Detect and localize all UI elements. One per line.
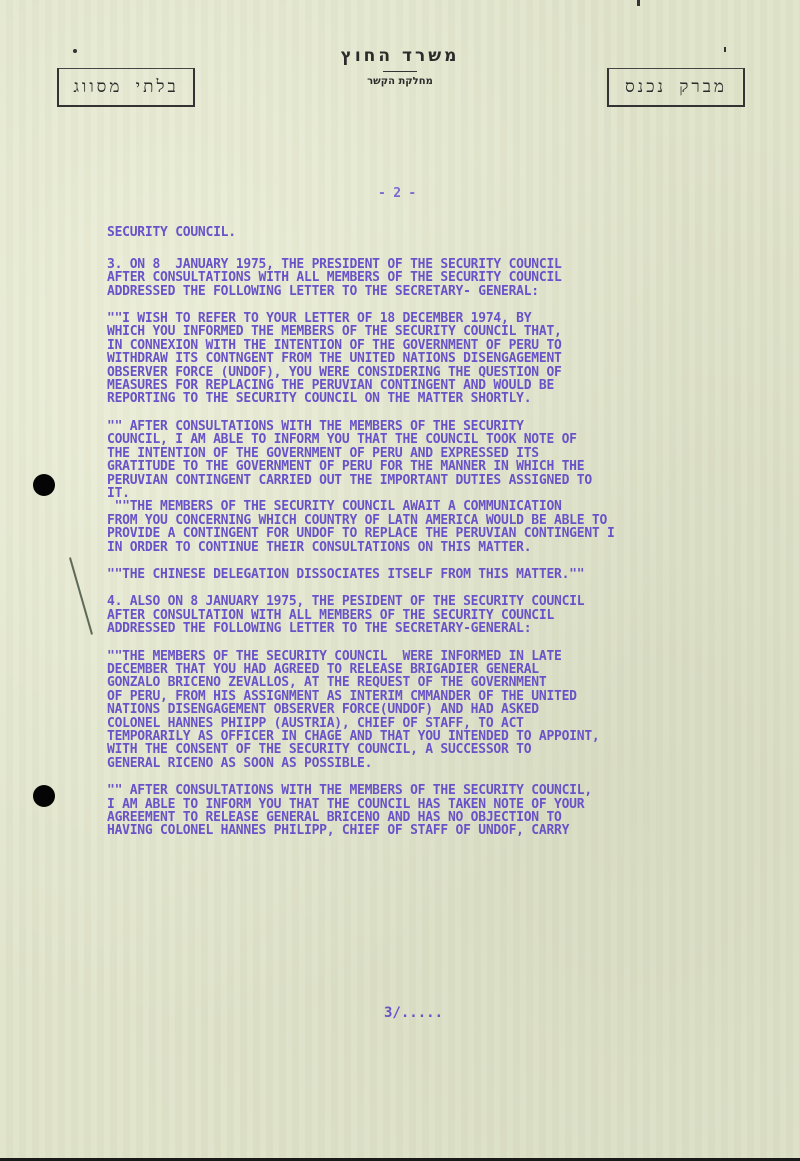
text-line: DECEMBER THAT YOU HAD AGREED TO RELEASE … [107,663,777,676]
punch-hole-top [33,474,55,496]
text-line: "" AFTER CONSULTATIONS WITH THE MEMBERS … [107,420,777,433]
text-line: GRATITUDE TO THE GOVERNMENT OF PERU FOR … [107,460,777,473]
text-line: ""I WISH TO REFER TO YOUR LETTER OF 18 D… [107,312,777,325]
text-line: OBSERVER FORCE (UNDOF), YOU WERE CONSIDE… [107,366,777,379]
text-line: AFTER CONSULTATIONS WITH ALL MEMBERS OF … [107,271,777,284]
text-line: THE INTENTION OF THE GOVERNMENT OF PERU … [107,447,777,460]
text-line: ADDRESSED THE FOLLOWING LETTER TO THE SE… [107,285,777,298]
text-line: COLONEL HANNES PHIIPP (AUSTRIA), CHIEF O… [107,717,777,730]
page-number: - 2 - [107,187,687,200]
classification-label: בלתי מסווג [73,77,178,97]
document-type-label: מברק נכנס [625,77,727,97]
text-line: COUNCIL, I AM ABLE TO INFORM YOU THAT TH… [107,433,777,446]
text-line: ADDRESSED THE FOLLOWING LETTER TO THE SE… [107,622,777,635]
text-line: WITH THE CONSENT OF THE SECURITY COUNCIL… [107,743,777,756]
text-line: AFTER CONSULTATION WITH ALL MEMBERS OF T… [107,609,777,622]
text-line: IT. [107,487,777,500]
text-line: ""THE CHINESE DELEGATION DISSOCIATES ITS… [107,568,777,581]
classification-box: בלתי מסווג [57,68,195,107]
letter-1-paragraph-1: ""I WISH TO REFER TO YOUR LETTER OF 18 D… [107,312,777,406]
text-line: OF PERU, FROM HIS ASSIGNMENT AS INTERIM … [107,690,777,703]
text-line: PROVIDE A CONTINGENT FOR UNDOF TO REPLAC… [107,527,777,540]
letter-2-paragraph-2: "" AFTER CONSULTATIONS WITH THE MEMBERS … [107,784,777,838]
pencil-mark [69,557,93,634]
letter-1-paragraph-3: ""THE MEMBERS OF THE SECURITY COUNCIL AW… [107,500,777,554]
text-line: TEMPORARILY AS OFFICER IN CHAGE AND THAT… [107,730,777,743]
text-line: AGREEMENT TO RELEASE GENERAL BRICENO AND… [107,811,777,824]
text-line: GENERAL RICENO AS SOON AS POSSIBLE. [107,757,777,770]
text-line: REPORTING TO THE SECURITY COUNCIL ON THE… [107,392,777,405]
text-line: ""THE MEMBERS OF THE SECURITY COUNCIL WE… [107,650,777,663]
text-line: 4. ALSO ON 8 JANUARY 1975, THE PESIDENT … [107,595,777,608]
department-name: מחלקת הקשר [300,76,500,87]
text-line: "" AFTER CONSULTATIONS WITH THE MEMBERS … [107,784,777,797]
continuation-marker: 3/..... [384,1005,443,1021]
punch-hole-bottom [33,785,55,807]
text-line: WITHDRAW ITS CONTNGENT FROM THE UNITED N… [107,352,777,365]
telegram-body: - 2 - SECURITY COUNCIL. 3. ON 8 JANUARY … [107,187,777,852]
text-line: MEASURES FOR REPLACING THE PERUVIAN CONT… [107,379,777,392]
ministry-name: משרד החוץ [300,46,500,66]
text-line: HAVING COLONEL HANNES PHILIPP, CHIEF OF … [107,824,777,837]
text-line: PERUVIAN CONTINGENT CARRIED OUT THE IMPO… [107,474,777,487]
letter-1-paragraph-2: "" AFTER CONSULTATIONS WITH THE MEMBERS … [107,420,777,500]
paragraph-4: 4. ALSO ON 8 JANUARY 1975, THE PESIDENT … [107,595,777,635]
paragraph-3: 3. ON 8 JANUARY 1975, THE PRESIDENT OF T… [107,258,777,298]
text-line: GONZALO BRICENO ZEVALLOS, AT THE REQUEST… [107,676,777,689]
letterhead-rule [383,71,417,72]
text-line: FROM YOU CONCERNING WHICH COUNTRY OF LAT… [107,514,777,527]
section-heading: SECURITY COUNCIL. [107,226,777,239]
text-line: IN CONNEXION WITH THE INTENTION OF THE G… [107,339,777,352]
ink-dot-left [73,49,77,53]
letter-2-paragraph-1: ""THE MEMBERS OF THE SECURITY COUNCIL WE… [107,650,777,771]
text-line: NATIONS DISENGAGEMENT OBSERVER FORCE(UND… [107,703,777,716]
letterhead: משרד החוץ מחלקת הקשר [300,46,500,87]
text-line: I AM ABLE TO INFORM YOU THAT THE COUNCIL… [107,798,777,811]
ink-dot-right [724,47,726,52]
document-type-box: מברק נכנס [607,68,745,107]
text-line: 3. ON 8 JANUARY 1975, THE PRESIDENT OF T… [107,258,777,271]
text-line: ""THE MEMBERS OF THE SECURITY COUNCIL AW… [107,500,777,513]
text-line: WHICH YOU INFORMED THE MEMBERS OF THE SE… [107,325,777,338]
ink-mark-top [637,0,640,6]
text-line: IN ORDER TO CONTINUE THEIR CONSULTATIONS… [107,541,777,554]
letter-1-paragraph-4: ""THE CHINESE DELEGATION DISSOCIATES ITS… [107,568,777,581]
